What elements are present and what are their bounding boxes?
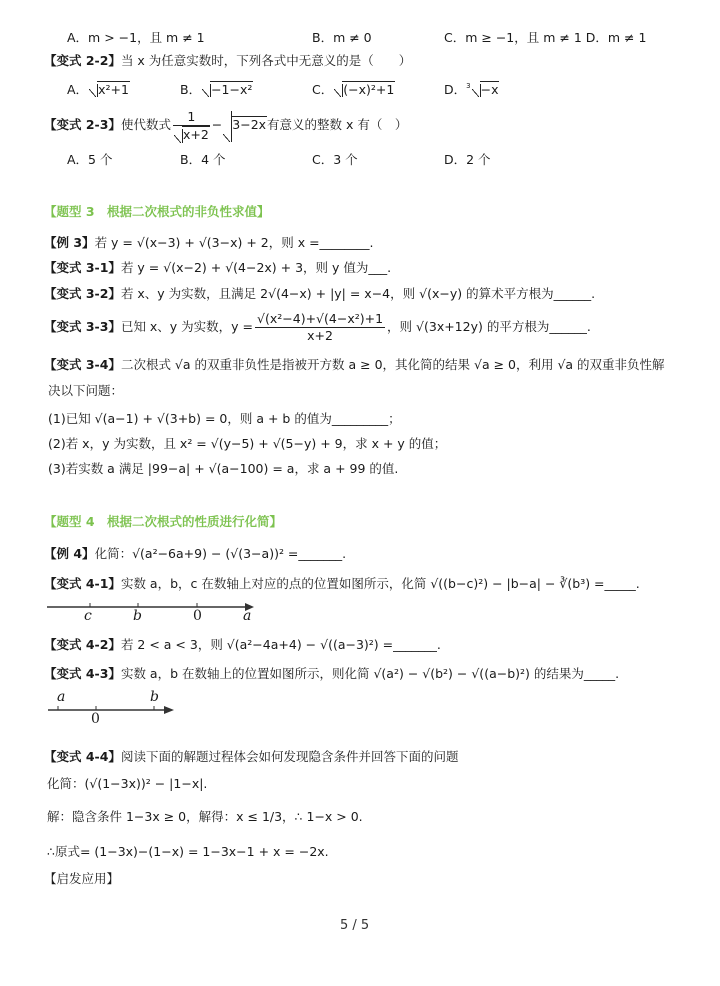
option-a: A．m > −1，且 m ≠ 1 — [67, 28, 205, 46]
option-b: B．m ≠ 0 — [312, 28, 372, 46]
numline-label-b: b — [133, 607, 142, 625]
option-d: D．2 个 — [444, 150, 491, 168]
question-tag: 【变式 2-2】 — [44, 53, 121, 68]
section-title-3: 【题型 3 根据二次根式的非负性求值】 — [44, 203, 270, 221]
question-3-4-cont: 决以下问题： — [48, 382, 123, 400]
sqrt-symbol: x²+1 — [89, 81, 130, 97]
cbrt-symbol: −x — [472, 81, 500, 97]
option-c: C．3 个 — [312, 150, 358, 168]
question-4-3: 【变式 4-3】实数 a，b 在数轴上的位置如图所示，则化简 √(a²) − √… — [44, 665, 619, 683]
question-4-2: 【变式 4-2】若 2 < a < 3，则 √(a²−4a+4) − √((a−… — [44, 636, 441, 654]
option-d: D．3−x — [444, 80, 499, 98]
sub-question-3: (3)若实数 a 满足 |99−a| + √(a−100) = a，求 a + … — [48, 460, 398, 478]
simplify-line: 化简：(√(1−3x))² − |1−x|. — [47, 775, 207, 793]
question-3-2: 【变式 3-2】若 x、y 为实数，且满足 2√(4−x) + |y| = x−… — [44, 285, 595, 303]
sub-question-1: (1)已知 √(a−1) + √(3+b) = 0，则 a + b 的值为___… — [48, 410, 401, 428]
option-c-d: C．m ≥ −1，且 m ≠ 1 D．m ≠ 1 — [444, 28, 646, 46]
question-2-3: 【变式 2-3】使代数式1x+2−3−2x有意义的整数 x 有（ ） — [44, 108, 407, 143]
solution-line: 解：隐含条件 1−3x ≥ 0，解得：x ≤ 1/3，∴ 1−x > 0. — [47, 808, 363, 826]
example-3: 【例 3】若 y = √(x−3) + √(3−x) + 2，则 x =____… — [44, 234, 374, 252]
option-a: A．x²+1 — [67, 80, 130, 98]
number-line-4-1 — [40, 598, 260, 628]
question-4-4: 【变式 4-4】阅读下面的解题过程体会如何发现隐含条件并回答下面的问题 — [44, 748, 458, 766]
option-c: C．(−x)²+1 — [312, 80, 395, 98]
question-3-1: 【变式 3-1】若 y = √(x−2) + √(4−2x) + 3，则 y 值… — [44, 259, 391, 277]
sqrt-symbol: −1−x² — [202, 81, 253, 97]
option-b: B．4 个 — [180, 150, 226, 168]
numline-label-a: a — [243, 607, 251, 625]
question-4-1: 【变式 4-1】实数 a，b，c 在数轴上对应的点的位置如图所示，化简 √((b… — [44, 575, 640, 593]
sqrt-symbol: (−x)²+1 — [334, 81, 395, 97]
example-4: 【例 4】化简：√(a²−6a+9) − (√(3−a))² =_______. — [44, 545, 346, 563]
number-line-4-3 — [44, 704, 179, 718]
section-title-4: 【题型 4 根据二次根式的性质进行化简】 — [44, 513, 282, 531]
numline-label-c: c — [84, 607, 92, 625]
question-2-2: 【变式 2-2】当 x 为任意实数时，下列各式中无意义的是（ ） — [44, 52, 411, 70]
result-line: ∴原式= (1−3x)−(1−x) = 1−3x−1 + x = −2x. — [47, 843, 329, 861]
sub-question-2: (2)若 x，y 为实数，且 x² = √(y−5) + √(5−y) + 9，… — [48, 435, 446, 453]
apply-heading: 【启发应用】 — [44, 870, 119, 888]
option-b: B．−1−x² — [180, 80, 253, 98]
page-number: 5 / 5 — [340, 918, 369, 933]
question-text: 当 x 为任意实数时，下列各式中无意义的是（ ） — [121, 53, 411, 68]
question-3-3: 【变式 3-3】已知 x、y 为实数，y =√(x²−4)+√(4−x²)+1x… — [44, 310, 591, 344]
fraction: 1x+2 — [173, 109, 210, 143]
option-a: A．5 个 — [67, 150, 112, 168]
numline-label-zero: 0 — [91, 710, 100, 728]
question-3-4: 【变式 3-4】二次根式 √a 的双重非负性是指被开方数 a ≥ 0，其化简的结… — [44, 356, 665, 374]
numline-label-zero: 0 — [193, 607, 202, 625]
fraction: √(x²−4)+√(4−x²)+1x+2 — [255, 311, 385, 344]
